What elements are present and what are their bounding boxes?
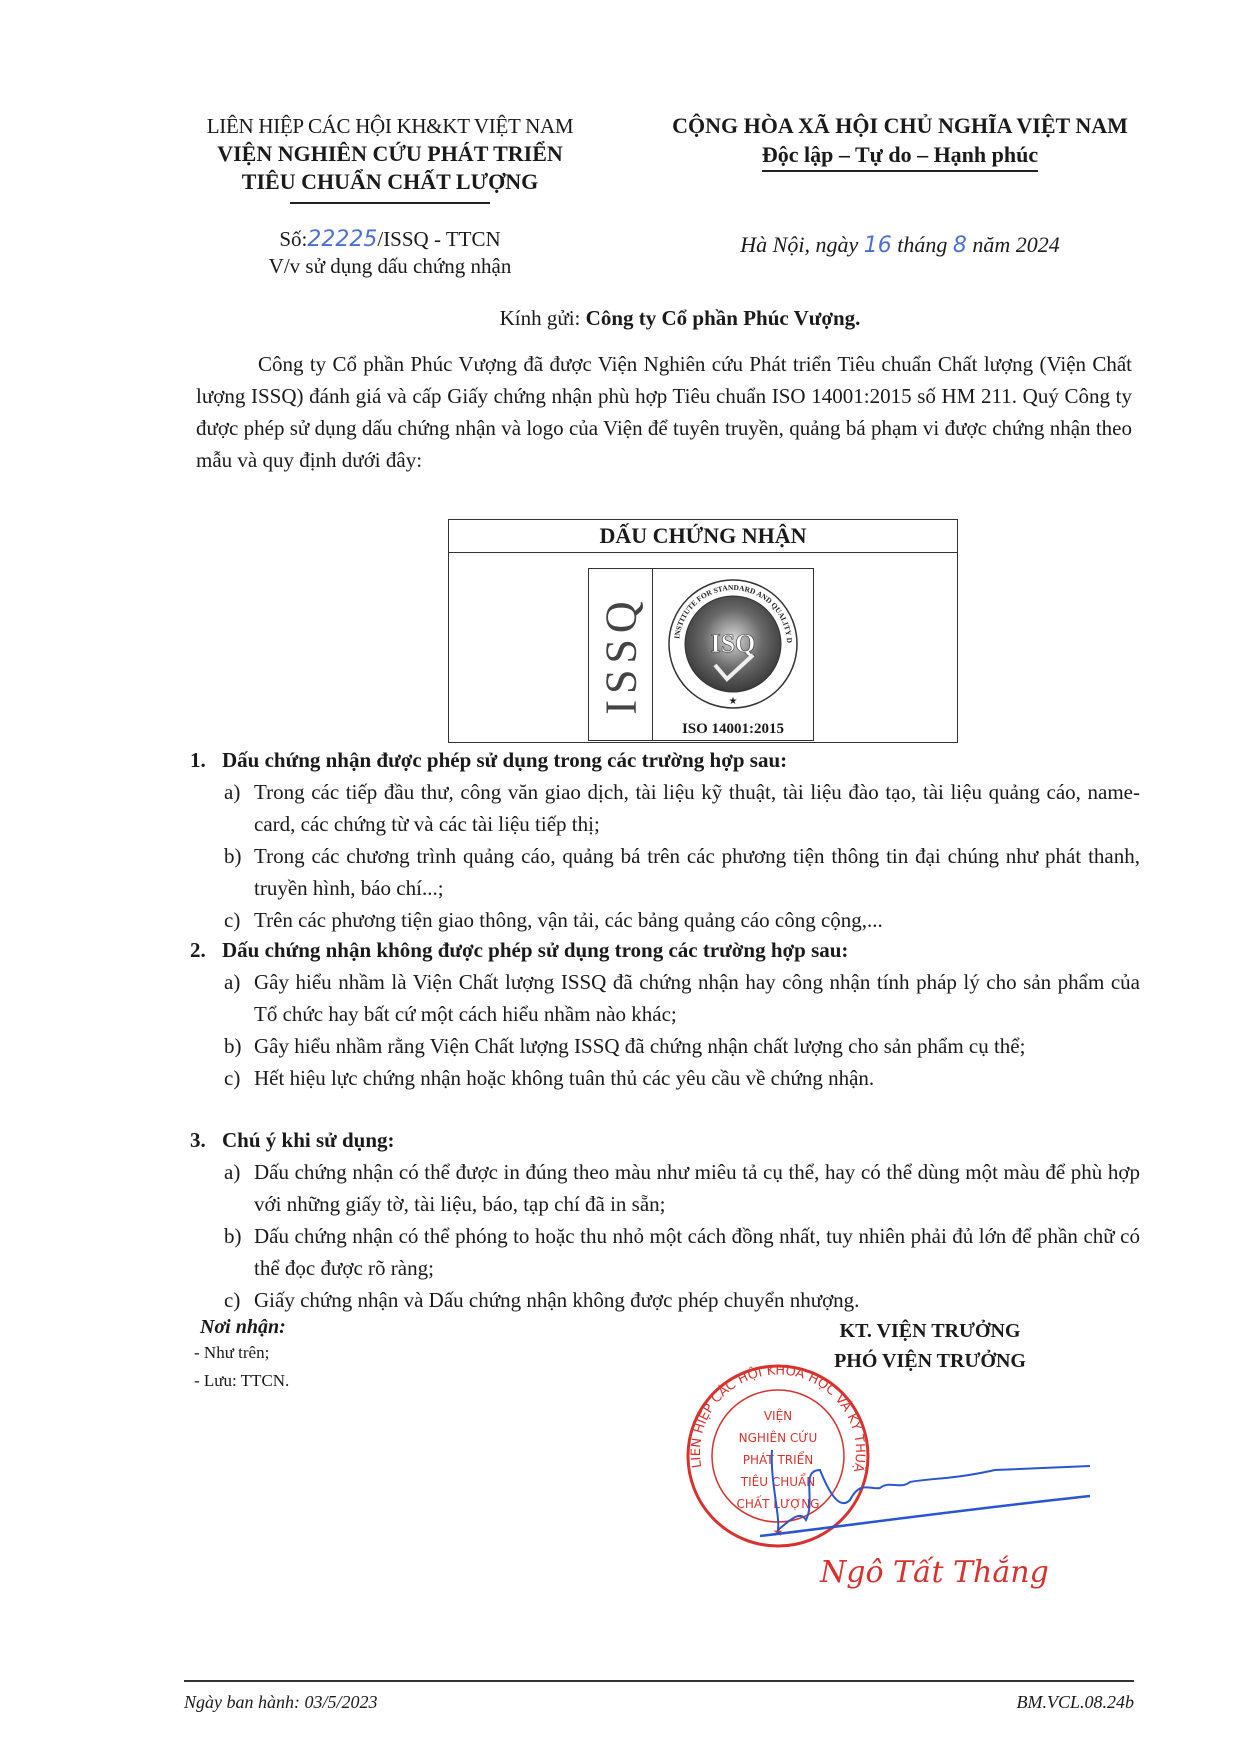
reference-number: 22225 — [307, 227, 377, 252]
svg-text:★: ★ — [729, 696, 738, 707]
document-reference: Số:22225/ISSQ - TTCN V/v sử dụng dấu chứ… — [160, 226, 620, 279]
svg-text:ISQ: ISQ — [711, 629, 756, 658]
list-item: a)Trong các tiếp đầu thư, công văn giao … — [190, 776, 1140, 840]
reference-prefix: Số: — [279, 227, 307, 251]
list-item: c)Hết hiệu lực chứng nhận hoặc không tuâ… — [190, 1062, 1140, 1094]
recipients-title: Nơi nhận: — [200, 1316, 289, 1339]
recipient-name: Công ty Cổ phần Phúc Vượng. — [586, 306, 861, 330]
date-month-label: tháng — [897, 232, 947, 257]
national-header: CỘNG HÒA XÃ HỘI CHỦ NGHĨA VIỆT NAM Độc l… — [620, 112, 1180, 172]
recipient-item: - Lưu: TTCN. — [194, 1367, 289, 1395]
section-2: 2.Dấu chứng nhận không được phép sử dụng… — [190, 934, 1140, 1094]
date-year: năm 2024 — [972, 232, 1059, 257]
signature-title-2: PHÓ VIỆN TRƯỞNG — [780, 1346, 1080, 1376]
section-number: 2. — [190, 934, 222, 966]
section-number: 3. — [190, 1124, 222, 1156]
certification-mark-title: DẤU CHỨNG NHẬN — [449, 520, 957, 553]
list-item: b)Gây hiểu nhầm rằng Viện Chất lượng ISS… — [190, 1030, 1140, 1062]
isq-seal-logo: ISQ INSTITUTE FOR STANDARD AND QUALITY D… — [652, 568, 814, 741]
standard-caption: ISO 14001:2015 — [653, 721, 813, 738]
issuer-parent-org: LIÊN HIỆP CÁC HỘI KH&KT VIỆT NAM — [160, 112, 620, 140]
footer-divider — [184, 1680, 1134, 1682]
section-title: Chú ý khi sử dụng: — [222, 1128, 395, 1152]
issq-vertical-logo: ISSQ — [588, 568, 653, 741]
list-item: b)Dấu chứng nhận có thể phóng to hoặc th… — [190, 1220, 1140, 1284]
national-motto: Độc lập – Tự do – Hạnh phúc — [762, 140, 1038, 172]
issuer-header: LIÊN HIỆP CÁC HỘI KH&KT VIỆT NAM VIỆN NG… — [160, 112, 620, 204]
section-1: 1.Dấu chứng nhận được phép sử dụng trong… — [190, 744, 1140, 936]
issq-vertical-text: ISSQ — [596, 595, 647, 714]
section-number: 1. — [190, 744, 222, 776]
form-code: BM.VCL.08.24b — [954, 1692, 1134, 1713]
issue-date: Ngày ban hành: 03/5/2023 — [184, 1692, 378, 1713]
recipients-block: Nơi nhận: - Như trên; - Lưu: TTCN. — [200, 1316, 289, 1395]
header-divider — [290, 202, 490, 204]
signer-name: Ngô Tất Thắng — [820, 1555, 1049, 1590]
recipient-label: Kính gửi: — [500, 306, 581, 330]
body-paragraph: Công ty Cổ phần Phúc Vượng đã được Viện … — [196, 348, 1132, 476]
section-3: 3.Chú ý khi sử dụng: a)Dấu chứng nhận có… — [190, 1124, 1140, 1316]
recipient-item: - Như trên; — [194, 1339, 289, 1367]
document-date: Hà Nội, ngày 16 tháng 8 năm 2024 — [620, 232, 1180, 258]
list-item: c)Giấy chứng nhận và Dấu chứng nhận khôn… — [190, 1284, 1140, 1316]
national-title: CỘNG HÒA XÃ HỘI CHỦ NGHĨA VIỆT NAM — [620, 112, 1180, 140]
reference-suffix: /ISSQ - TTCN — [377, 227, 500, 251]
list-item: a)Gây hiểu nhầm là Viện Chất lượng ISSQ … — [190, 966, 1140, 1030]
section-title: Dấu chứng nhận không được phép sử dụng t… — [222, 938, 848, 962]
section-title: Dấu chứng nhận được phép sử dụng trong c… — [222, 748, 787, 772]
document-subject: V/v sử dụng dấu chứng nhận — [160, 253, 620, 279]
handwritten-signature — [760, 1440, 1100, 1550]
date-month: 8 — [953, 233, 967, 258]
signature-title-1: KT. VIỆN TRƯỞNG — [780, 1316, 1080, 1346]
list-item: c)Trên các phương tiện giao thông, vận t… — [190, 904, 1140, 936]
isq-seal-icon: ISQ INSTITUTE FOR STANDARD AND QUALITY D… — [653, 569, 813, 719]
issuer-name-line2: TIÊU CHUẨN CHẤT LƯỢNG — [160, 168, 620, 196]
date-prefix: Hà Nội, ngày — [740, 232, 858, 257]
issuer-name-line1: VIỆN NGHIÊN CỨU PHÁT TRIỂN — [160, 140, 620, 168]
list-item: b)Trong các chương trình quảng cáo, quản… — [190, 840, 1140, 904]
list-item: a)Dấu chứng nhận có thể được in đúng the… — [190, 1156, 1140, 1220]
date-day: 16 — [864, 233, 892, 258]
recipient-line: Kính gửi: Công ty Cổ phần Phúc Vượng. — [200, 306, 1160, 331]
svg-text:VIỆN: VIỆN — [764, 1408, 792, 1423]
signature-block: KT. VIỆN TRƯỞNG PHÓ VIỆN TRƯỞNG — [780, 1316, 1080, 1376]
certification-mark-box: DẤU CHỨNG NHẬN ISSQ ISQ INSTITUTE FOR ST… — [448, 519, 958, 743]
